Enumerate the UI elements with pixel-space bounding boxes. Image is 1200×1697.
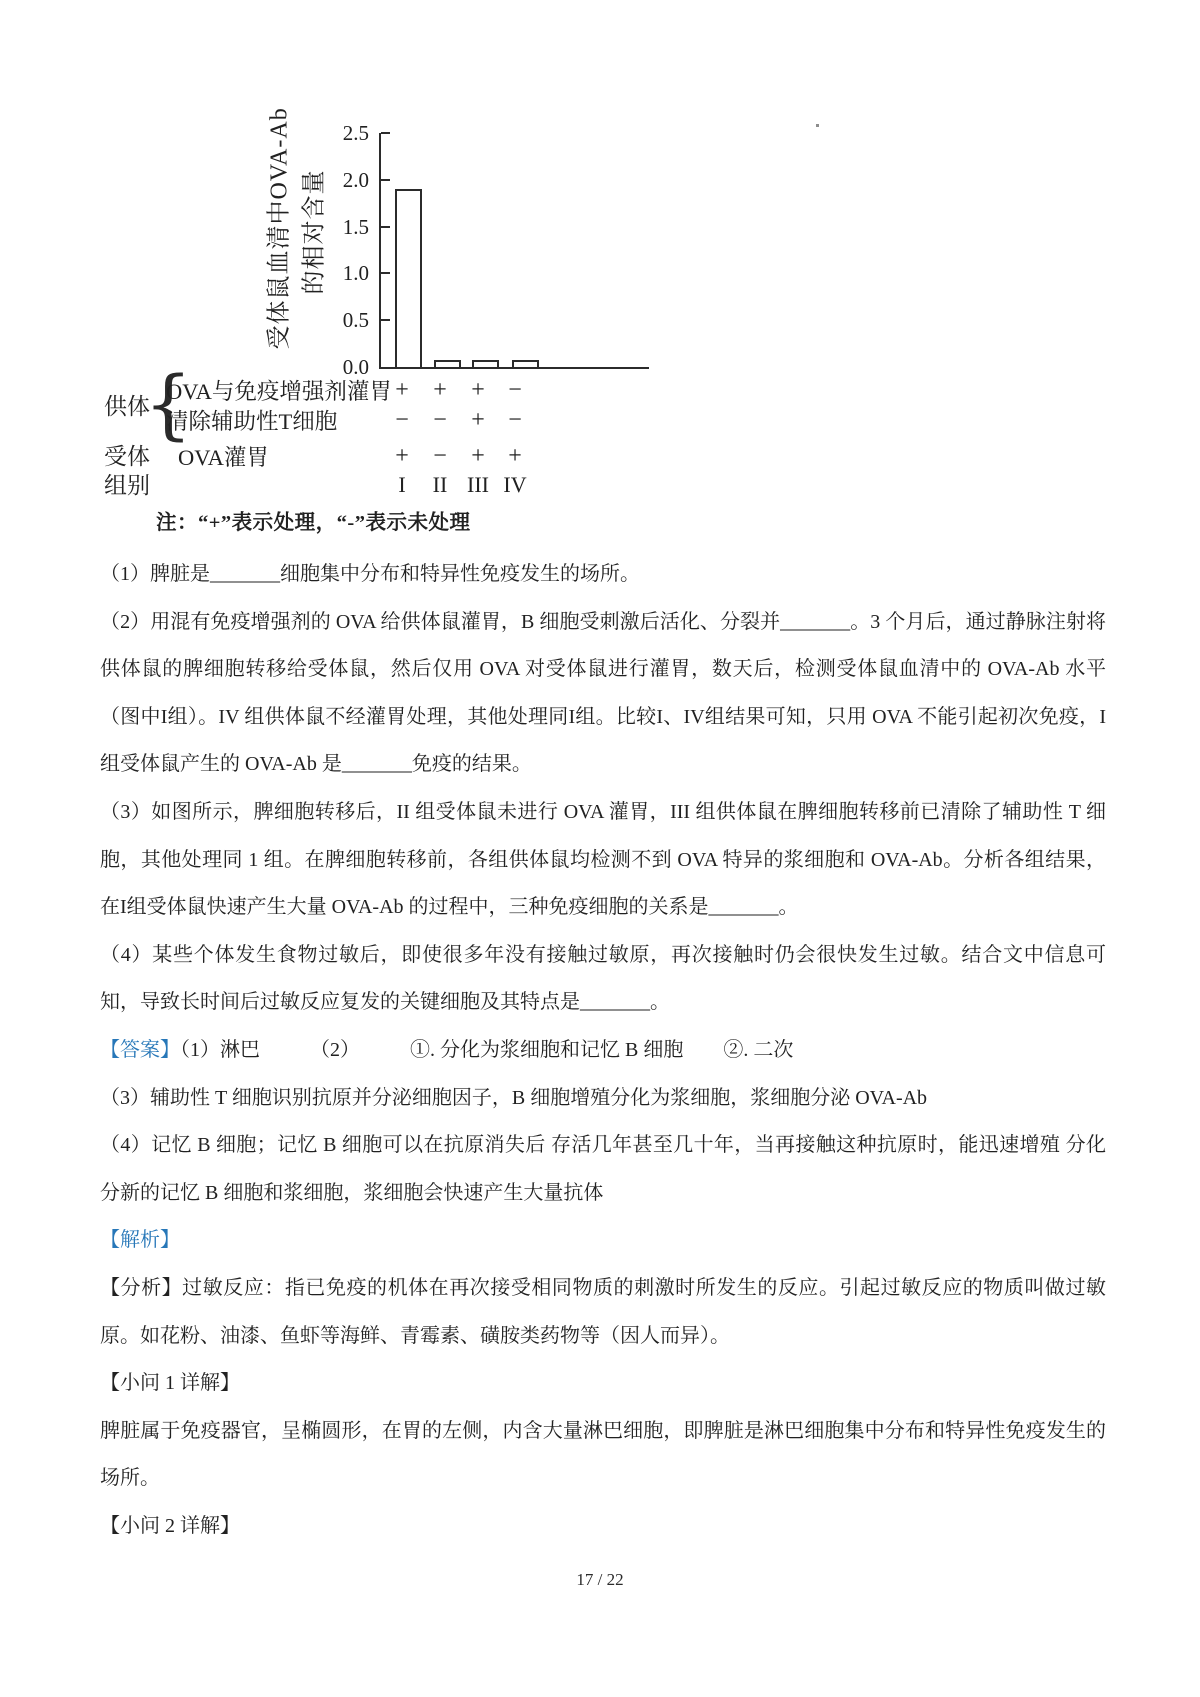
treatment-cell: − (497, 377, 533, 404)
answer-label: 【答案】 (100, 1039, 180, 1061)
question-1: （1）脾脏是_______细胞集中分布和特异性免疫发生的场所。 (100, 551, 1106, 599)
plot-area (379, 133, 649, 369)
y-tick-label: 0.0 (321, 356, 369, 378)
y-tick-mark (381, 132, 390, 134)
bar-group-III (472, 360, 499, 367)
question-3: （3）如图所示，脾细胞转移后，II 组受体鼠未进行 OVA 灌胃，III 组供体… (100, 789, 1106, 932)
treatment-cell: + (497, 443, 533, 470)
detail1-text: 脾脏属于免疫器官，呈椭圆形，在胃的左侧，内含大量淋巴细胞，即脾脏是淋巴细胞集中分… (100, 1408, 1106, 1503)
y-tick-mark (381, 319, 390, 321)
fenxi-label: 【分析】 (100, 1277, 182, 1299)
ova-ab-bar-chart: 受体鼠血清中OVA-Ab 的相对含量 2.52.01.51.00.50.0 供体… (100, 110, 700, 560)
jiexi-heading: 【解析】 (100, 1217, 1106, 1265)
y-tick-mark (381, 179, 390, 181)
y-tick-label: 2.0 (321, 169, 369, 191)
y-tick-label: 1.5 (321, 216, 369, 238)
detail1-heading: 【小问 1 详解】 (100, 1360, 1106, 1408)
y-axis-label-line1: 受体鼠血清中OVA-Ab (263, 115, 298, 350)
y-tick-label: 2.5 (321, 122, 369, 144)
treatment-cell: + (384, 443, 420, 470)
y-tick-mark (381, 226, 390, 228)
treatment-row-label-2: 清除辅助性T细胞 (166, 408, 337, 435)
bar-group-IV (512, 360, 539, 367)
y-tick-label: 0.5 (321, 309, 369, 331)
page-number: 17 / 22 (0, 1570, 1200, 1590)
treatment-cell: − (422, 407, 458, 434)
jiexi-label: 【解析】 (100, 1229, 180, 1251)
group-row-label: 组别 (104, 472, 150, 499)
treatment-cell: + (422, 377, 458, 404)
group-label-IV: IV (493, 472, 537, 498)
question-2: （2）用混有免疫增强剂的 OVA 给供体鼠灌胃，B 细胞受刺激后活化、分裂并__… (100, 599, 1106, 789)
y-tick-mark (381, 272, 390, 274)
scan-artifact-dot (816, 124, 819, 127)
fenxi-text: 过敏反应：指已免疫的机体在再次接受相同物质的刺激时所发生的反应。引起过敏反应的物… (100, 1277, 1106, 1347)
question-4: （4）某些个体发生食物过敏后，即使很多年没有接触过敏原，再次接触时仍会很快发生过… (100, 932, 1106, 1027)
treatment-cell: + (384, 377, 420, 404)
recipient-label: 受体 (104, 443, 150, 470)
treatment-row-label-1: OVA与免疫增强剂灌胃 (166, 378, 392, 405)
question-and-answer-text: （1）脾脏是_______细胞集中分布和特异性免疫发生的场所。 （2）用混有免疫… (100, 551, 1106, 1550)
treatment-row-label-3: OVA灌胃 (178, 444, 269, 471)
treatment-cell: + (460, 407, 496, 434)
fenxi-paragraph: 【分析】过敏反应：指已免疫的机体在再次接受相同物质的刺激时所发生的反应。引起过敏… (100, 1265, 1106, 1360)
bar-group-II (434, 360, 461, 367)
y-tick-label: 1.0 (321, 262, 369, 284)
answer-paragraph-2: （3）辅助性 T 细胞识别抗原并分泌细胞因子，B 细胞增殖分化为浆细胞，浆细胞分… (100, 1075, 1106, 1123)
treatment-cell: + (460, 443, 496, 470)
chart-note: 注：“+”表示处理，“-”表示未处理 (156, 505, 471, 535)
treatment-cell: − (384, 407, 420, 434)
answer-1: （1）淋巴 （2） ①. 分化为浆细胞和记忆 B 细胞 ②. 二次 (180, 1039, 793, 1061)
treatment-cell: + (460, 377, 496, 404)
treatment-cell: − (422, 443, 458, 470)
answer-paragraph-1: 【答案】（1）淋巴 （2） ①. 分化为浆细胞和记忆 B 细胞 ②. 二次 (100, 1027, 1106, 1075)
document-page: 受体鼠血清中OVA-Ab 的相对含量 2.52.01.51.00.50.0 供体… (0, 0, 1200, 1697)
treatment-cell: − (497, 407, 533, 434)
detail2-heading: 【小问 2 详解】 (100, 1503, 1106, 1551)
answer-paragraph-3: （4）记忆 B 细胞；记忆 B 细胞可以在抗原消失后 存活几年甚至几十年，当再接… (100, 1122, 1106, 1217)
bar-group-I (395, 189, 422, 367)
